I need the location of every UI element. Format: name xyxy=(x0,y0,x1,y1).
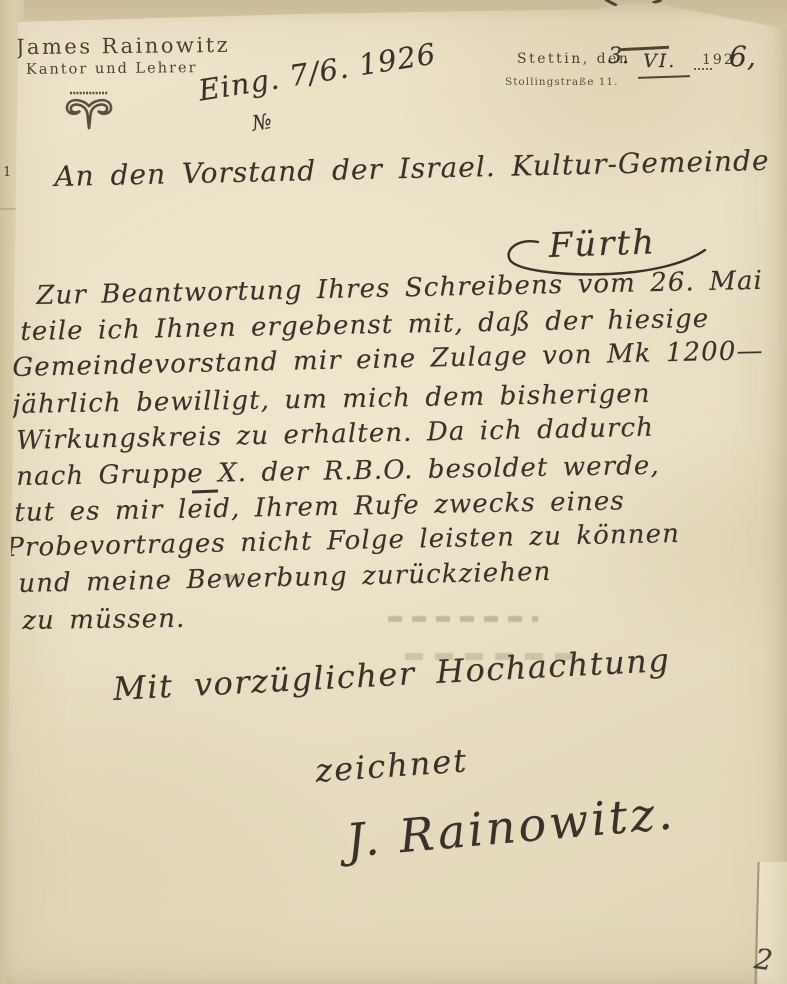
body-line: nach Gruppe X. der R.B.O. besoldet werde… xyxy=(16,451,660,492)
letterhead-street: Stollingstraße 11. xyxy=(505,76,618,88)
letterhead-name: James Rainowitz xyxy=(16,33,230,59)
letter-page: James Rainowitz Kantor und Lehrer Eing. … xyxy=(0,0,787,984)
letterhead-role: Kantor und Lehrer xyxy=(26,60,198,78)
recipient-line: An den Vorstand der Israel. Kultur-Gemei… xyxy=(54,144,770,193)
body-line: Wirkungskreis zu erhalten. Da ich dadurc… xyxy=(16,413,654,456)
body-line: zu müssen. xyxy=(22,604,186,636)
scanned-letter: 1 James Rainowitz Kantor und Lehrer Eing… xyxy=(0,0,787,984)
ghost-ink-smudge xyxy=(388,616,538,622)
dateline-month: VI. xyxy=(643,50,676,72)
group-x-underline xyxy=(192,490,218,493)
dateline-year-digit: 6, xyxy=(729,40,756,73)
received-annotation: Eing. 7/6. 1926 xyxy=(196,36,438,107)
signature: J. Rainowitz. xyxy=(344,785,677,868)
closing-signs-word: zeichnet xyxy=(314,741,469,790)
letterhead-ornament-icon xyxy=(60,90,118,138)
closing-formula: Mit vorzüglicher Hochachtung xyxy=(112,641,671,708)
archive-left-mark: 1 xyxy=(3,165,13,180)
body-line: und meine Bewerbung zurückziehen xyxy=(18,557,552,599)
roman-numeral-underline xyxy=(638,75,690,79)
left-crease-line xyxy=(0,208,17,210)
received-number-label: № xyxy=(250,109,273,136)
